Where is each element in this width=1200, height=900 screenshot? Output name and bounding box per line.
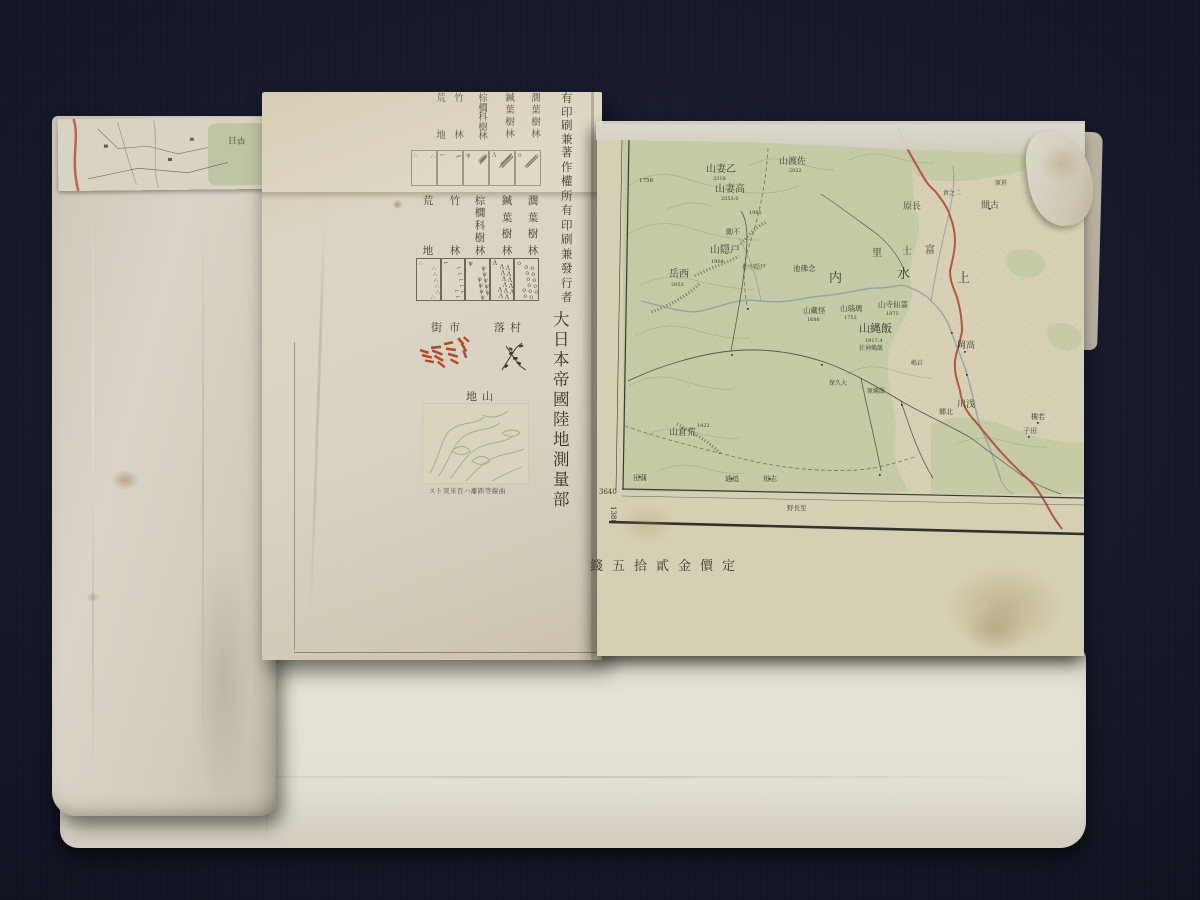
strip-green-terrain: [208, 123, 269, 186]
legend-label: 濶葉樹林: [529, 94, 543, 140]
legend-pattern-box: ∴∴∴∴∴∴∴: [416, 258, 441, 301]
map-place-label: 内: [829, 270, 842, 286]
legend-label: 濶葉樹林: [526, 196, 540, 256]
map-place-label: 1422: [697, 423, 710, 429]
imprint-partial-column: 有印刷兼: [561, 93, 573, 145]
map-place-label: 2022: [789, 168, 802, 174]
map-place-label: 郷北: [939, 407, 953, 416]
adjoining-sheet-note: 野長至: [787, 503, 807, 512]
legend-label: 竹林: [452, 94, 466, 140]
map-place-label: 1756: [639, 178, 653, 184]
map-place-label: 原笹: [995, 179, 1007, 187]
legend-label: 鍼葉樹林: [503, 94, 517, 140]
map-place-label: 山寺仙霊: [878, 299, 908, 309]
map-place-label: 2318: [713, 176, 726, 182]
map-place-label: 山妻乙: [706, 162, 736, 175]
legend-pattern-boxes: ∴∴∴∴∴∴∴⌐⌐⌐⌐⌐⌐⌐⌐ψψψψψψψψψψΛΛΛΛΛΛΛΛΛΛΛΛΛΛο…: [416, 258, 539, 301]
strip-place-label: 早日: [228, 134, 246, 145]
map-place-label: 山隠戸: [710, 243, 740, 256]
legend-pattern-box: ⌐⌐⌐⌐⌐⌐⌐⌐: [441, 258, 466, 301]
legend-pattern-box: οοοοοοοοοοοο: [515, 150, 541, 186]
legend-pattern-box: οοοοοοοοοοοοοο: [514, 258, 539, 301]
map-place-label: 槻若: [1031, 412, 1045, 421]
map-place-label: 山藏怪: [803, 305, 826, 315]
map-place-label: 1875: [886, 311, 899, 317]
legend-pattern-box: ⌐⌐⌐: [437, 150, 463, 186]
topographic-map-sheet: 1756山妻乙2318山妻高2353.0山渡佐20221985動不山隠戸1904…: [597, 124, 1084, 656]
city-legend-label: 街市: [431, 319, 467, 335]
printed-border-line: [294, 652, 598, 653]
map-place-label: 富: [925, 243, 935, 256]
legend-pattern-box: ΛΛΛΛΛΛΛΛΛΛΛΛ: [489, 150, 515, 186]
folded-map-left-stack: [52, 116, 276, 816]
inverted-map-strip: 早日: [58, 117, 273, 191]
contour-interval-caption: スト突米百ハ離距等線曲: [429, 486, 506, 495]
map-place-label: 上: [957, 271, 970, 286]
legend-label: 荒地: [434, 94, 448, 140]
map-place-label: 原縄飯: [867, 387, 885, 395]
map-place-label: 里: [872, 247, 882, 259]
map-place-label: 岳西: [669, 267, 689, 280]
map-place-label: 間古: [981, 199, 999, 211]
legend-pattern-box: ∴∴: [411, 150, 437, 186]
map-place-label: 社神縄飯: [859, 344, 883, 352]
map-place-label: 嶋岩: [911, 359, 923, 367]
fold-edge: [591, 92, 594, 660]
legend-pattern-box: ψψψψψψψ: [463, 150, 489, 186]
map-place-label: 保久大: [829, 379, 847, 387]
city-symbol: [417, 336, 475, 376]
map-place-label: 子田: [1023, 427, 1037, 435]
legend-label: 棕櫚科樹林: [476, 94, 490, 140]
map-place-label: 山縄飯: [859, 322, 892, 335]
map-place-label: 倉之二: [943, 189, 961, 197]
map-place-label: 2053: [671, 282, 684, 288]
mountain-terrain-sample: [422, 403, 529, 484]
map-place-label: 1904: [711, 259, 724, 265]
map-place-label: 垣志: [763, 474, 778, 483]
legend-label: 荒地: [421, 196, 435, 256]
map-place-label: 通追: [725, 474, 739, 483]
map-place-label: 1753: [844, 315, 857, 321]
longitude-corner-label: 1380: [609, 506, 617, 524]
mountain-legend-label: 地山: [466, 388, 498, 404]
village-symbol: [496, 340, 532, 374]
map-place-label: 田蒲: [633, 473, 647, 482]
map-place-label: 社中隠戸: [742, 263, 766, 271]
map-place-label: 動不: [726, 227, 740, 236]
map-place-label: 士: [902, 244, 912, 257]
map-place-label: 1688: [807, 317, 820, 323]
legend-pattern-box: ΛΛΛΛΛΛΛΛΛΛΛΛΛΛ: [490, 258, 515, 301]
price-label: 錢五拾貳金價定: [590, 555, 744, 574]
map-place-label: 1985: [749, 210, 762, 216]
topographic-map: 1756山妻乙2318山妻高2353.0山渡佐20221985動不山隠戸1904…: [597, 124, 1084, 656]
village-legend-label: 落村: [494, 319, 526, 335]
map-place-label: 原長: [903, 201, 921, 212]
legend-label: 竹林: [448, 196, 462, 256]
paper-crease: [309, 212, 327, 632]
map-place-label: 山妻高: [715, 182, 745, 195]
legend-label: 鍼葉樹林: [500, 196, 514, 256]
map-place-label: 池佛念: [793, 263, 816, 273]
legend-pattern-boxes-upper: ∴∴⌐⌐⌐ψψψψψψψΛΛΛΛΛΛΛΛΛΛΛΛοοοοοοοοοοοο: [411, 150, 541, 186]
legend-label: 棕櫚科樹林: [473, 196, 487, 256]
map-place-label: 1917.4: [865, 338, 883, 344]
paper-shadow-smudge: [192, 546, 252, 806]
printed-border-line: [294, 342, 295, 650]
imprint-copyright-column: 著作權所有印刷兼發行者: [561, 147, 573, 304]
map-place-label: 山瑙瑪: [840, 303, 863, 313]
photo-of-vintage-japanese-maps: 早日: [0, 0, 1200, 900]
paper-crease: [92, 176, 94, 776]
map-place-label: 水: [897, 266, 910, 282]
map-place-label: 山渡佐: [779, 155, 806, 167]
map-place-label: 岡高: [957, 339, 975, 351]
map-place-label: 川浅: [957, 398, 975, 410]
latitude-corner-label: 3640: [599, 488, 617, 496]
publisher-agency-column: 大日本帝國陸地測量部: [553, 312, 570, 509]
map-place-label: 山倉荒: [669, 426, 696, 438]
legend-pattern-box: ψψψψψψψψψψ: [465, 258, 490, 301]
map-place-label: 2353.0: [721, 196, 739, 202]
